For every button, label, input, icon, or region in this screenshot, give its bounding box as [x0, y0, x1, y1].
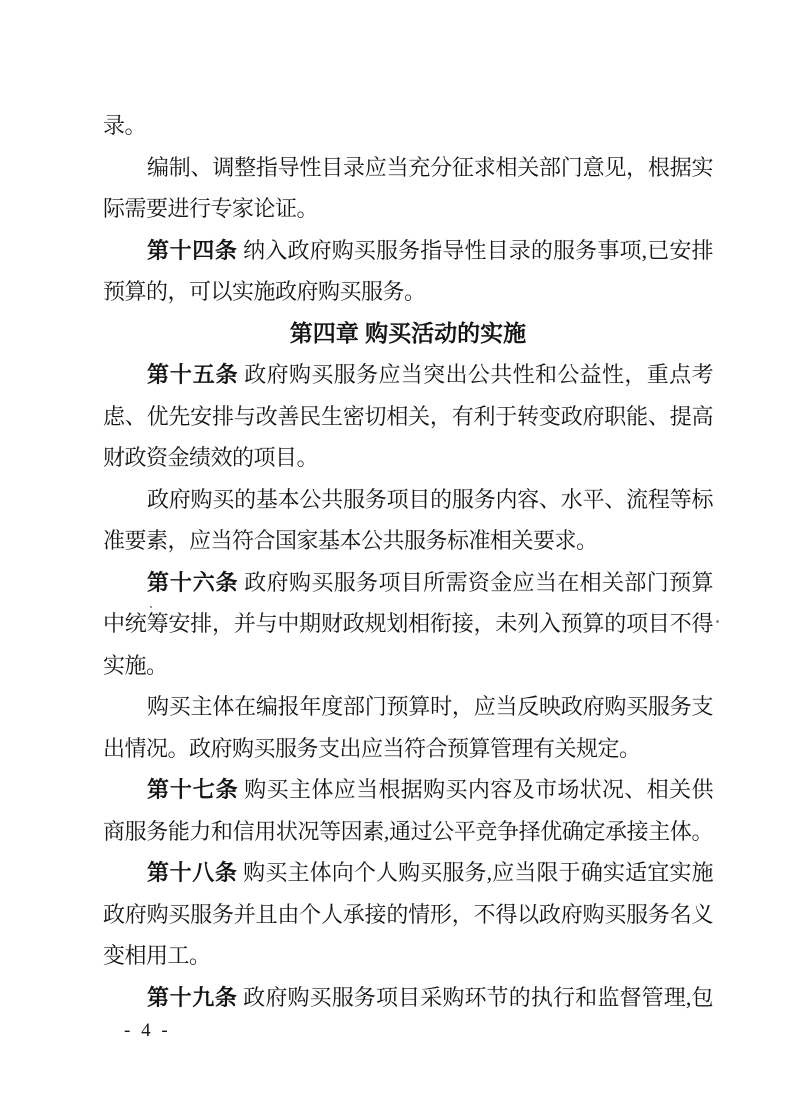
article-number: 第十四条 — [147, 238, 238, 263]
text-line: 第十七条 购买主体应当根据购买内容及市场状况、相关供应 — [103, 769, 713, 811]
text-line: 录。 — [103, 105, 713, 147]
article-number: 第十九条 — [147, 985, 238, 1010]
article-number: 第十八条 — [147, 860, 238, 885]
text-line: 第十八条 购买主体向个人购买服务,应当限于确实适宜实施 — [103, 852, 713, 894]
text-line: 预算的，可以实施政府购买服务。 — [103, 271, 713, 313]
text-line: 变相用工。 — [103, 935, 713, 977]
text-line: 出情况。政府购买服务支出应当符合预算管理有关规定。 — [103, 728, 713, 770]
text-line: 第十四条 纳入政府购买服务指导性目录的服务事项,已安排 — [103, 230, 713, 272]
text-line: 财政资金绩效的项目。 — [103, 437, 713, 479]
text-line: 际需要进行专家论证。 — [103, 188, 713, 230]
chapter-heading: 第四章 购买活动的实施 — [103, 313, 713, 355]
article-number: 第十六条 — [147, 570, 238, 595]
article-number: 第十五条 — [147, 362, 238, 387]
text-line: 第十六条 政府购买服务项目所需资金应当在相关部门预算 — [103, 562, 713, 604]
document-page: 录。编制、调整指导性目录应当充分征求相关部门意见，根据实际需要进行专家论证。第十… — [0, 0, 789, 1116]
text-line: 政府购买服务并且由个人承接的情形，不得以政府购买服务名义 — [103, 894, 713, 936]
page-number: - 4 - — [124, 1020, 171, 1042]
document-body: 录。编制、调整指导性目录应当充分征求相关部门意见，根据实际需要进行专家论证。第十… — [103, 105, 713, 1018]
text-line: 第十五条 政府购买服务应当突出公共性和公益性，重点考 — [103, 354, 713, 396]
scan-speck — [716, 620, 719, 623]
text-line: 商服务能力和信用状况等因素,通过公平竞争择优确定承接主体。 — [103, 811, 713, 853]
text-line: 准要素，应当符合国家基本公共服务标准相关要求。 — [103, 520, 713, 562]
scan-speck — [150, 606, 152, 608]
text-line: 中统筹安排，并与中期财政规划相衔接，未列入预算的项目不得 — [103, 603, 713, 645]
text-line: 购买主体在编报年度部门预算时，应当反映政府购买服务支 — [103, 686, 713, 728]
text-line: 第十九条 政府购买服务项目采购环节的执行和监督管理,包 — [103, 977, 713, 1019]
text-line: 编制、调整指导性目录应当充分征求相关部门意见，根据实 — [103, 147, 713, 189]
text-line: 实施。 — [103, 645, 713, 687]
text-line: 政府购买的基本公共服务项目的服务内容、水平、流程等标 — [103, 479, 713, 521]
article-number: 第十七条 — [147, 777, 238, 802]
text-line: 虑、优先安排与改善民生密切相关，有利于转变政府职能、提高 — [103, 396, 713, 438]
